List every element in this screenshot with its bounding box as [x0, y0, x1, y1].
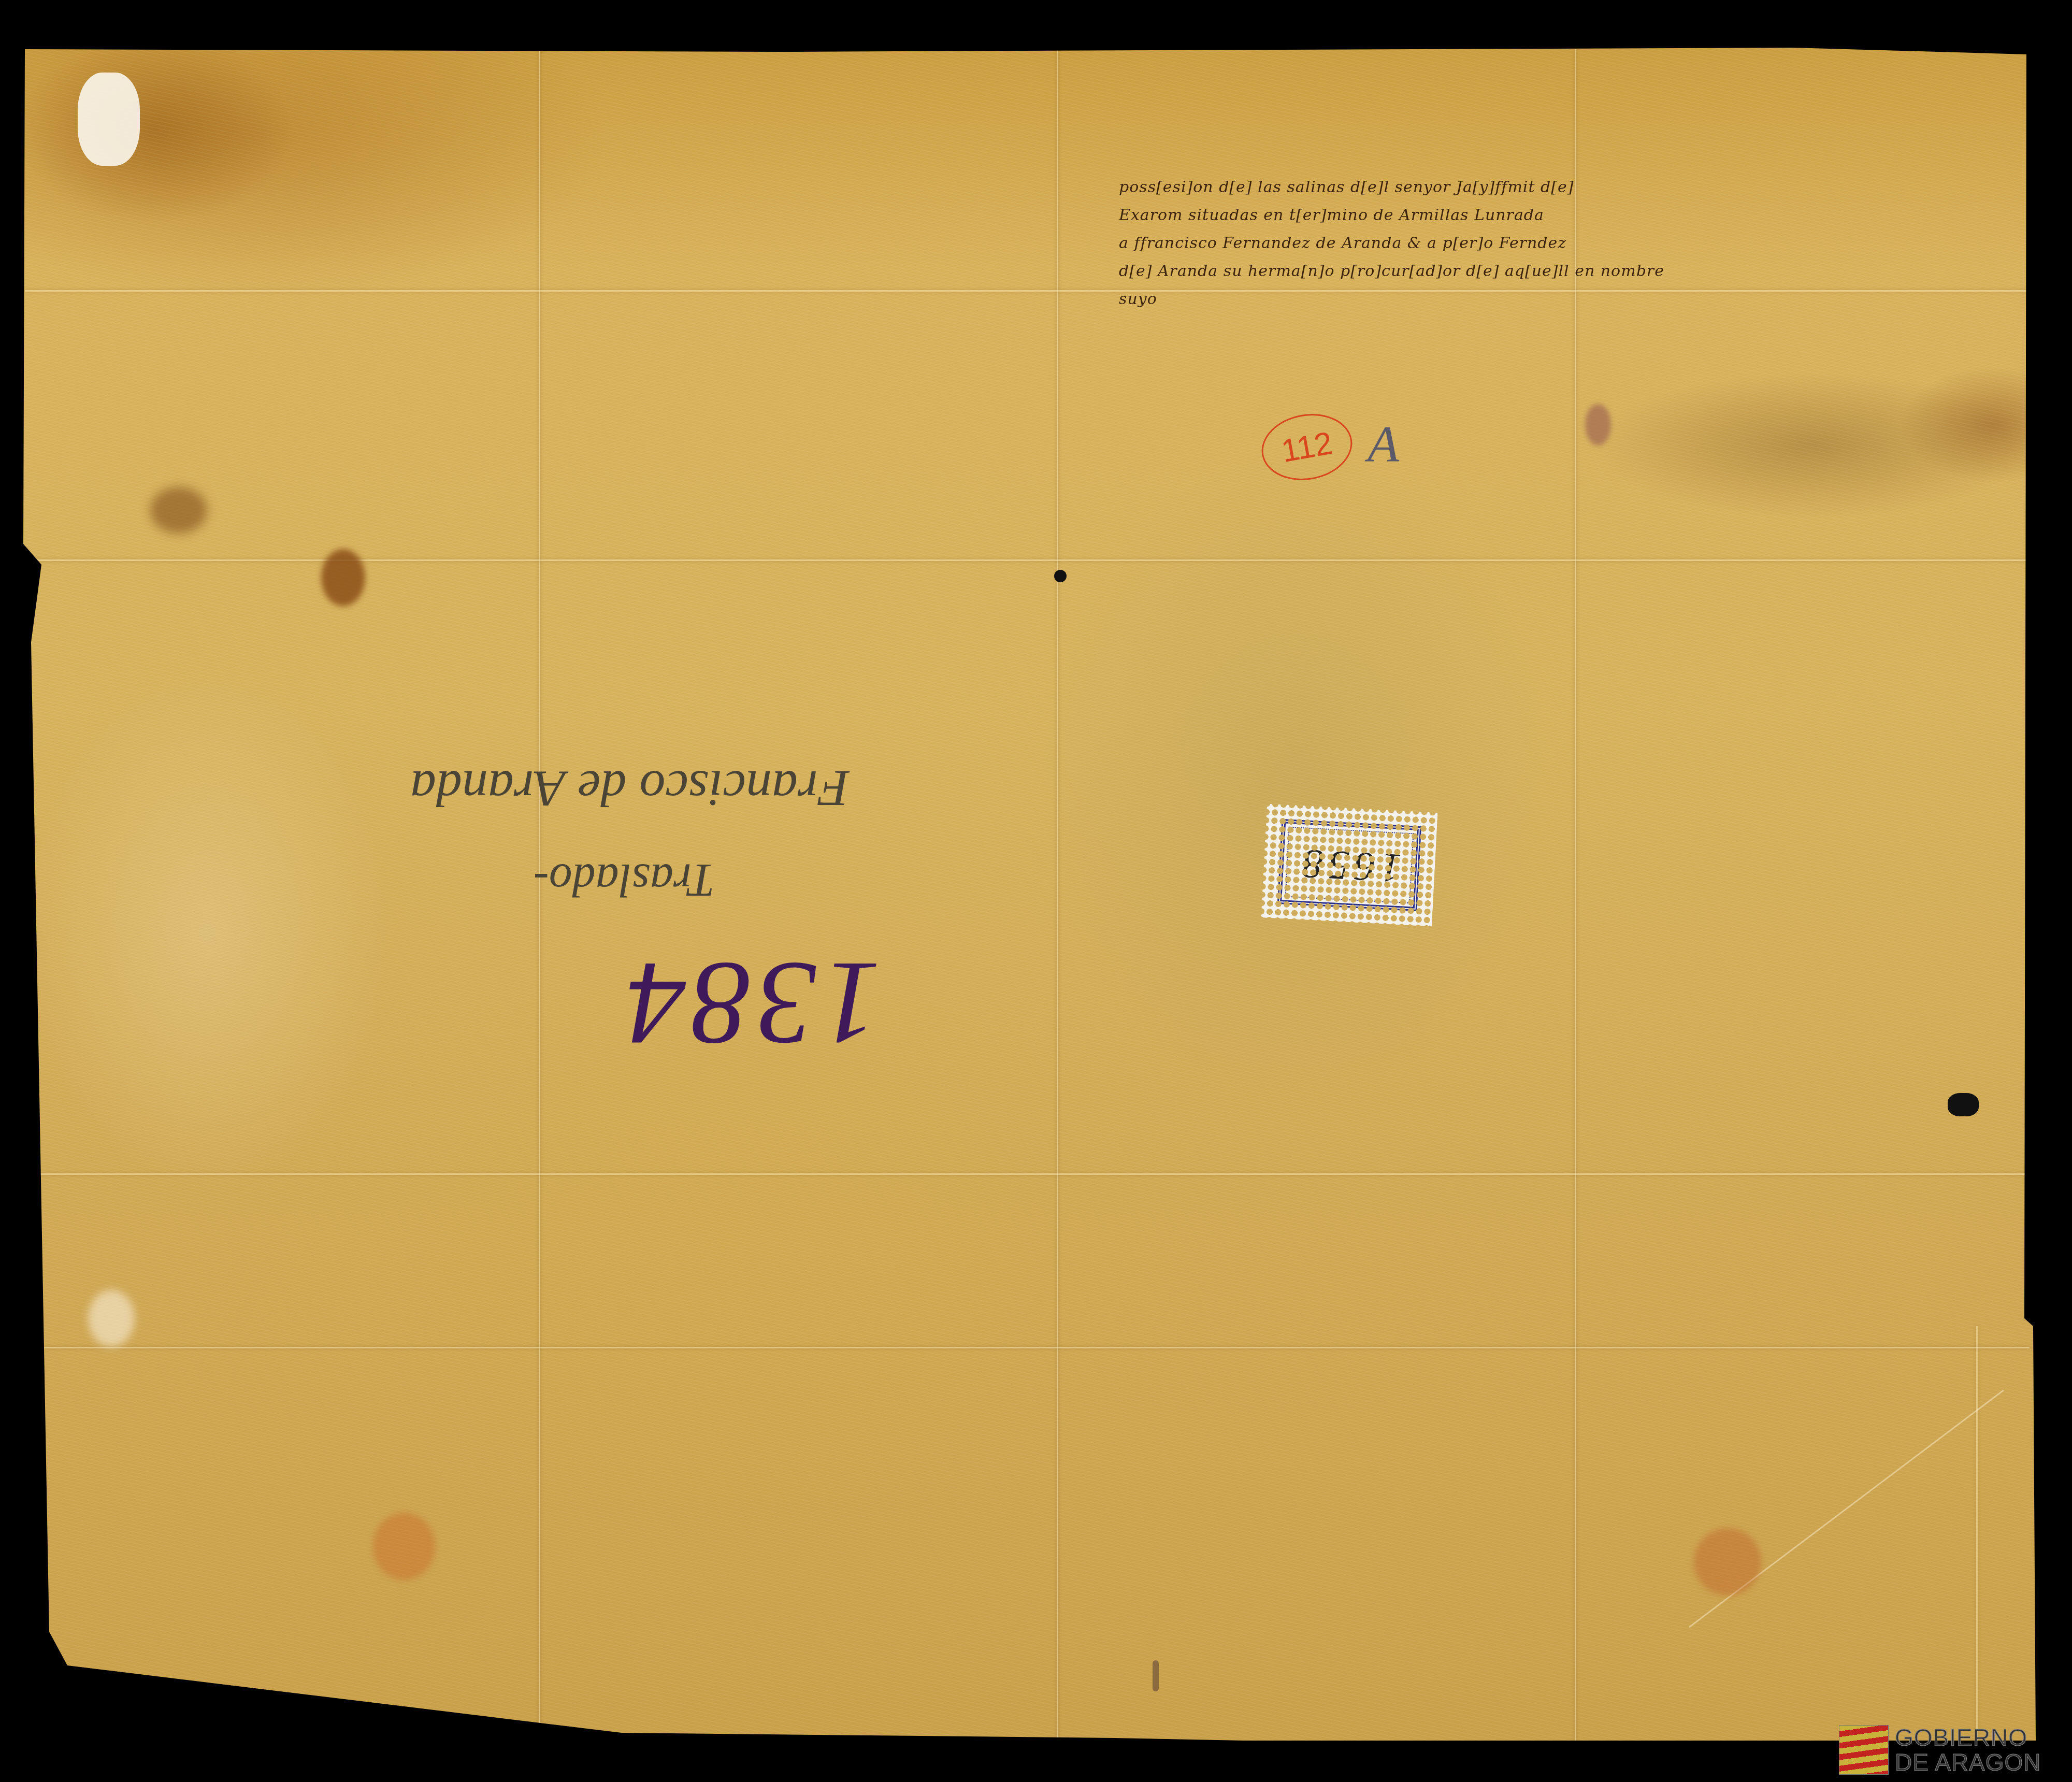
inscription-line: poss[esi]on d[e] las salinas d[e]l senyo…: [1119, 174, 1492, 202]
fold-line: [1976, 1326, 1978, 1741]
medieval-inscription: poss[esi]on d[e] las salinas d[e]l senyo…: [1119, 174, 1492, 313]
fold-line: [25, 1347, 2030, 1348]
hole: [1948, 1093, 1979, 1116]
stain: [321, 549, 365, 606]
pencil-note-upside-down: Traslado- Francisco de Aranda: [249, 725, 870, 922]
archive-label: 1658: [1261, 804, 1437, 927]
stain: [88, 1290, 135, 1347]
stain: [1585, 404, 1611, 445]
paper-patch: [78, 73, 140, 166]
red-number-text: 112: [1278, 424, 1335, 469]
inscription-line: suyo: [1119, 285, 1492, 313]
logo-text: GOBIERNO DE ARAGON: [1895, 1725, 2041, 1775]
inscription-line: Exarom situadas en t[er]mino de Armillas…: [1119, 202, 1492, 229]
viewer-canvas: poss[esi]on d[e] las salinas d[e]l senyo…: [0, 0, 2072, 1782]
logo-line: GOBIERNO: [1895, 1725, 2041, 1750]
fold-line: [25, 290, 2030, 292]
pencil-note-line: Francisco de Aranda: [410, 759, 850, 818]
inscription-line: a ffrancisco Fernandez de Aranda & a p[e…: [1119, 229, 1492, 257]
fold-line: [1057, 49, 1058, 1741]
inscription-line: d[e] Aranda su herma[n]o p[ro]cur[ad]or …: [1119, 257, 1492, 285]
gobierno-aragon-logo: GOBIERNO DE ARAGON: [1839, 1725, 2041, 1775]
label-border: 1658: [1277, 819, 1421, 911]
label-number: 1658: [1297, 839, 1402, 891]
seal-cord-remnant: [1153, 1660, 1159, 1691]
fold-line: [1575, 49, 1576, 1741]
aragon-flag-icon: [1839, 1725, 1889, 1775]
stain: [150, 487, 207, 534]
fold-line: [25, 1173, 2030, 1175]
red-stamp-trace: [373, 1513, 435, 1580]
logo-line: DE ARAGON: [1895, 1750, 2041, 1775]
hole: [1054, 570, 1067, 582]
pencil-letter: A: [1368, 414, 1399, 474]
pencil-note-line: Traslado-: [534, 853, 715, 907]
purple-number-upside-down: 1384: [559, 917, 881, 1072]
red-stamp-trace: [1694, 1528, 1761, 1596]
